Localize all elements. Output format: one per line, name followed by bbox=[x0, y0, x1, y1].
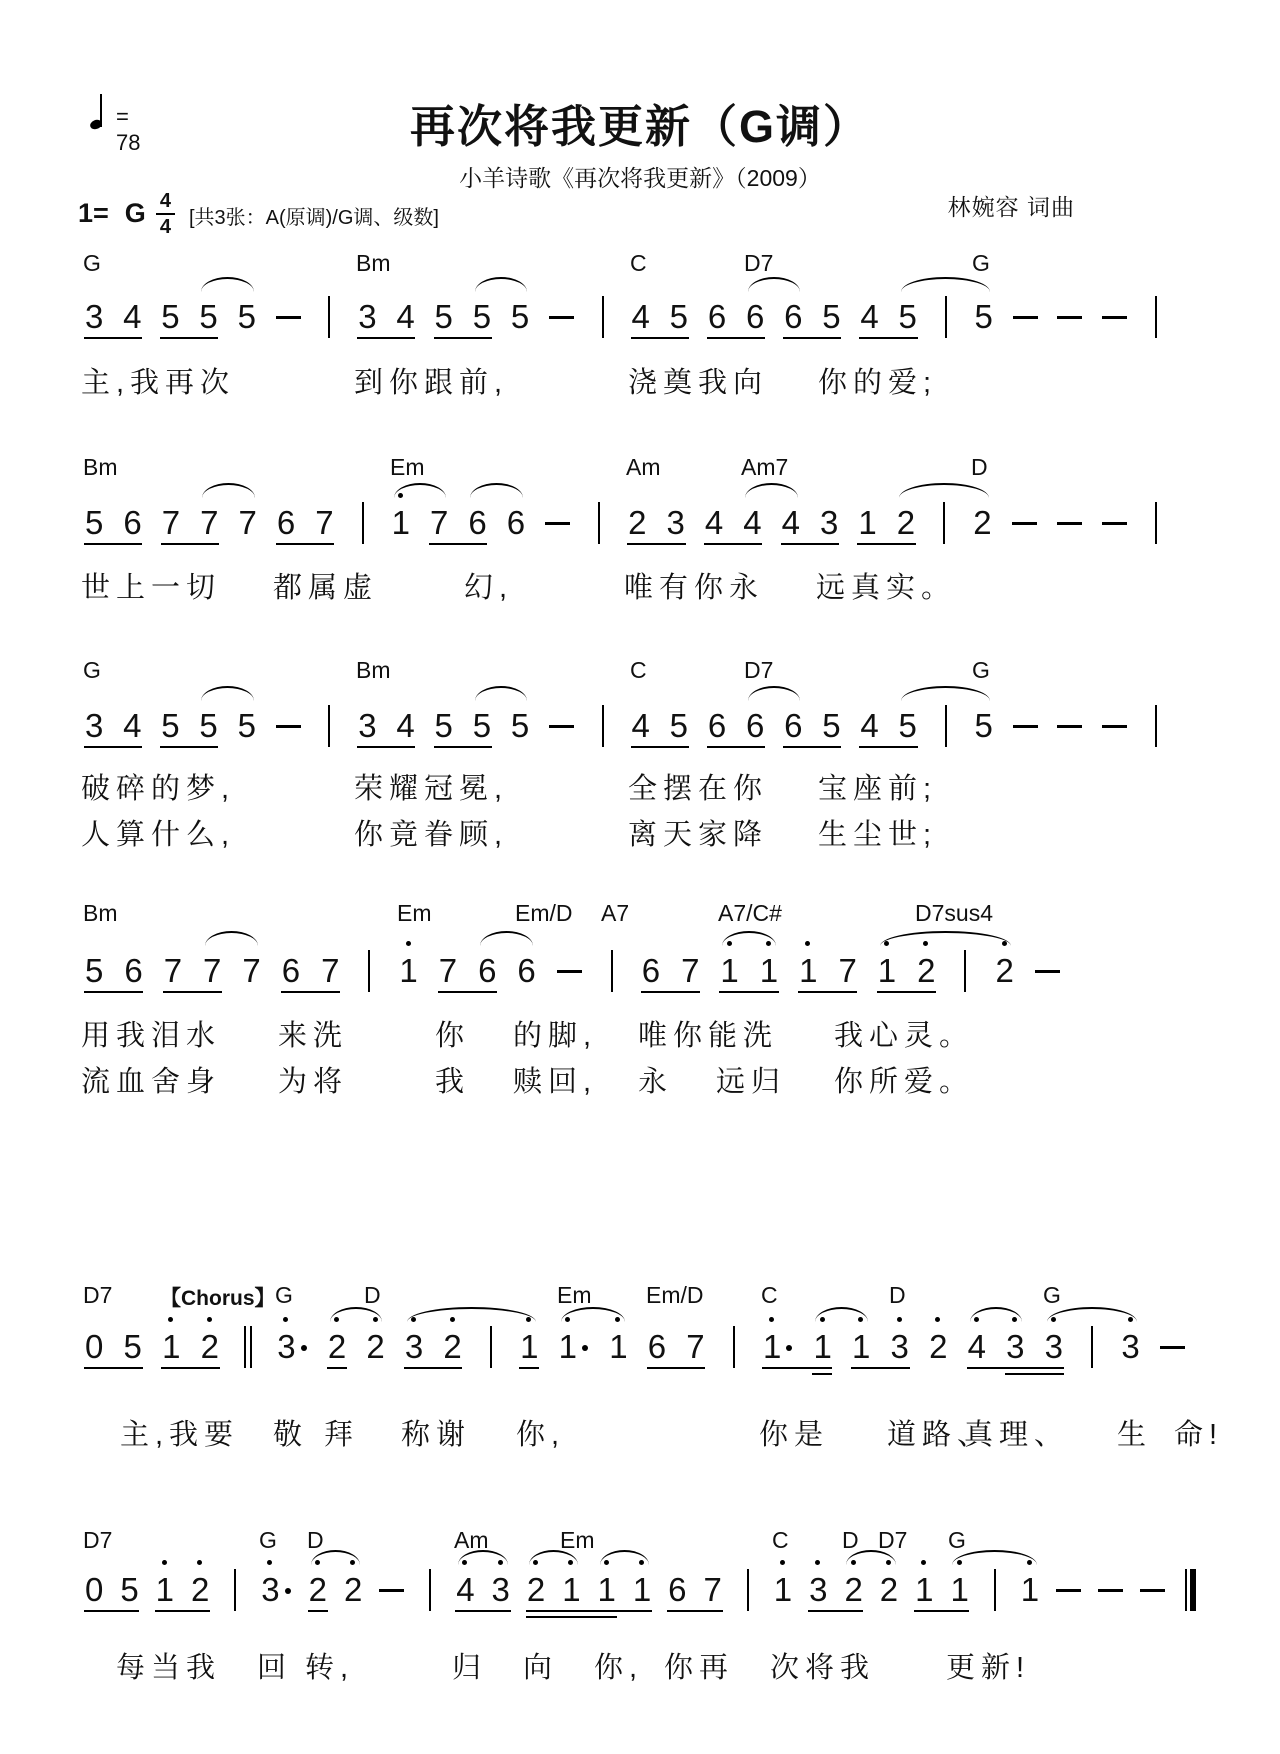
barline bbox=[594, 705, 612, 747]
note-digit: 2 bbox=[443, 1326, 461, 1368]
note-digit: 5 bbox=[238, 705, 256, 747]
note-token: 4 bbox=[456, 1569, 474, 1611]
note-token: 5 bbox=[124, 1326, 142, 1368]
slur-arc bbox=[600, 1550, 649, 1565]
note-digit: 5 bbox=[473, 705, 491, 747]
dash-note bbox=[1013, 705, 1038, 747]
note-digit: 6 bbox=[517, 950, 535, 992]
note-token: 2 bbox=[443, 1326, 461, 1368]
lyric-chunk: 拜 bbox=[324, 1412, 359, 1453]
note-token: 4 bbox=[860, 296, 878, 338]
slur-arc bbox=[394, 483, 446, 498]
dash-note bbox=[1057, 502, 1082, 544]
note-token: 7 bbox=[162, 502, 180, 544]
beam-line bbox=[84, 337, 142, 339]
dash-note bbox=[1098, 1569, 1123, 1611]
dash-line bbox=[549, 725, 574, 728]
beam-line bbox=[438, 991, 497, 993]
lyric-chunk: 幻, bbox=[464, 565, 513, 606]
beam-line bbox=[161, 1367, 220, 1369]
dash-line bbox=[1102, 725, 1127, 728]
lyric-chunk: 我心灵。 bbox=[834, 1013, 974, 1054]
chord-label: C bbox=[772, 1527, 789, 1554]
beam-line bbox=[707, 746, 765, 748]
slur-arc bbox=[475, 686, 527, 701]
slur-arc bbox=[407, 1307, 536, 1322]
note-token: 7 bbox=[430, 502, 448, 544]
note-token: 3 bbox=[1045, 1326, 1063, 1368]
chord-label: Am bbox=[626, 454, 661, 481]
lyric-chunk: 离天家降 bbox=[628, 812, 768, 853]
chord-label: G bbox=[275, 1282, 293, 1309]
dash-note bbox=[549, 705, 574, 747]
dash-note bbox=[549, 296, 574, 338]
beam-line bbox=[404, 1367, 462, 1369]
note-token: 4 bbox=[632, 296, 650, 338]
note-digit: 1 bbox=[162, 1326, 180, 1368]
beam-line bbox=[155, 1610, 210, 1612]
slur-arc bbox=[201, 686, 254, 701]
note-token: 4 bbox=[396, 296, 414, 338]
dash-line bbox=[276, 725, 301, 728]
beam-line bbox=[762, 1367, 832, 1369]
barline-mark bbox=[234, 1569, 236, 1611]
barline bbox=[226, 1569, 244, 1611]
slur-arc bbox=[815, 1307, 868, 1322]
dash-note bbox=[1057, 705, 1082, 747]
note-digit: 6 bbox=[478, 950, 496, 992]
note-digit: 6 bbox=[123, 502, 141, 544]
note-token: 6 bbox=[746, 296, 764, 338]
augmentation-dot bbox=[582, 1345, 588, 1351]
note-digit: 4 bbox=[860, 296, 878, 338]
note-digit: 4 bbox=[968, 1326, 986, 1368]
barline bbox=[354, 502, 372, 544]
beam-line bbox=[877, 991, 936, 993]
slur-arc bbox=[475, 277, 527, 292]
note-digit: 1 bbox=[559, 1326, 577, 1368]
note-digit: 6 bbox=[277, 502, 295, 544]
note-digit: 1 bbox=[774, 1569, 792, 1611]
slur-arc bbox=[330, 1307, 382, 1322]
note-token: 2 bbox=[628, 502, 646, 544]
dash-note bbox=[1160, 1326, 1185, 1368]
dash-note bbox=[1140, 1569, 1165, 1611]
note-token: 4 bbox=[860, 705, 878, 747]
slur-arc bbox=[899, 483, 989, 498]
chord-label: D7 bbox=[83, 1527, 112, 1554]
octave-dot bbox=[207, 1317, 212, 1322]
note-token: 4 bbox=[782, 502, 800, 544]
barline-mark bbox=[429, 1569, 431, 1611]
note-token: 4 bbox=[968, 1326, 986, 1368]
beam-line bbox=[519, 1367, 539, 1369]
beam-line bbox=[84, 1367, 143, 1369]
beam-line bbox=[434, 337, 492, 339]
note-token: 2 bbox=[917, 950, 935, 992]
beam-line bbox=[783, 746, 841, 748]
beam-line bbox=[781, 543, 839, 545]
note-token: 3 bbox=[85, 705, 103, 747]
beam-line bbox=[308, 1610, 328, 1612]
lyric-chunk: 到你跟前, bbox=[354, 360, 508, 401]
beam-line bbox=[281, 991, 340, 993]
chord-label: Em bbox=[560, 1527, 595, 1554]
note-digit: 1 bbox=[392, 502, 410, 544]
note-token: 7 bbox=[164, 950, 182, 992]
beam-line bbox=[357, 337, 415, 339]
note-token: 6 bbox=[277, 502, 295, 544]
note-token: 5 bbox=[511, 296, 529, 338]
note-digit: 4 bbox=[632, 705, 650, 747]
note-token: 2 bbox=[201, 1326, 219, 1368]
barline-mark bbox=[1185, 1569, 1187, 1611]
note-digit: 3 bbox=[85, 705, 103, 747]
beam-line bbox=[859, 746, 918, 748]
note-token: 7 bbox=[315, 502, 333, 544]
note-token: 2 bbox=[527, 1569, 545, 1611]
note-digit: 3 bbox=[492, 1569, 510, 1611]
note-digit: 6 bbox=[784, 296, 802, 338]
dash-line bbox=[1160, 1346, 1185, 1349]
beam-line bbox=[707, 337, 765, 339]
beam-line bbox=[163, 991, 222, 993]
note-digit: 7 bbox=[439, 950, 457, 992]
note-digit: 5 bbox=[670, 705, 688, 747]
chord-label: D7 bbox=[83, 1282, 112, 1309]
dash-line bbox=[549, 316, 574, 319]
note-digit: 1 bbox=[915, 1569, 933, 1611]
note-digit: 4 bbox=[743, 502, 761, 544]
chord-label: G bbox=[972, 250, 990, 277]
note-digit: 1 bbox=[520, 1326, 538, 1368]
note-digit: 1 bbox=[562, 1569, 580, 1611]
lyric-chunk: 敬 bbox=[273, 1412, 308, 1453]
note-digit: 5 bbox=[899, 296, 917, 338]
note-digit: 7 bbox=[239, 502, 257, 544]
beam-line bbox=[967, 1367, 1064, 1369]
barline-mark bbox=[1155, 705, 1157, 747]
note-digit: 7 bbox=[681, 950, 699, 992]
barline-mark bbox=[244, 1326, 246, 1368]
note-token: 5 bbox=[822, 705, 840, 747]
dash-note bbox=[1057, 296, 1082, 338]
notes-row: 0512322432111671322111 bbox=[85, 1569, 1200, 1611]
note-token: 5 bbox=[974, 705, 992, 747]
note-digit: 5 bbox=[974, 705, 992, 747]
note-token: 5 bbox=[199, 705, 217, 747]
beam-line bbox=[641, 991, 700, 993]
beam-line bbox=[84, 991, 143, 993]
lyric-chunk: 人算什么, bbox=[81, 812, 235, 853]
lyric-chunk: 真理、 bbox=[964, 1412, 1069, 1453]
note-token: 2 bbox=[995, 950, 1013, 992]
note-token: 5 bbox=[85, 950, 103, 992]
barline-mark bbox=[602, 705, 604, 747]
composer-credit: 林婉容 词曲 bbox=[948, 189, 1075, 222]
note-digit: 2 bbox=[880, 1569, 898, 1611]
note-token: 6 bbox=[648, 1326, 666, 1368]
chord-label: Bm bbox=[83, 454, 118, 481]
dash-line bbox=[1013, 316, 1038, 319]
chord-label: D7 bbox=[878, 1527, 907, 1554]
lyric-chunk: 每当我 bbox=[116, 1645, 221, 1686]
barline-mark bbox=[611, 950, 613, 992]
note-digit: 7 bbox=[321, 950, 339, 992]
beam-line-2 bbox=[812, 1373, 832, 1375]
barline-mark bbox=[733, 1326, 735, 1368]
note-digit: 6 bbox=[648, 1326, 666, 1368]
note-digit: 1 bbox=[799, 950, 817, 992]
note-token: 6 bbox=[507, 502, 525, 544]
note-token: 4 bbox=[705, 502, 723, 544]
note-token: 3 bbox=[277, 1326, 307, 1368]
beam-line bbox=[808, 1610, 863, 1612]
slur-arc bbox=[722, 931, 776, 946]
barline-mark bbox=[943, 502, 945, 544]
barline-mark bbox=[362, 502, 364, 544]
note-digit: 5 bbox=[199, 705, 217, 747]
slur-arc bbox=[1047, 1307, 1137, 1322]
note-token: 3 bbox=[820, 502, 838, 544]
dash-note bbox=[1012, 502, 1037, 544]
barline-mark bbox=[250, 1326, 252, 1368]
lyric-chunk: 破碎的梦, bbox=[81, 766, 235, 807]
slur-arc bbox=[201, 277, 254, 292]
chord-label: D bbox=[307, 1527, 324, 1554]
barline-mark bbox=[490, 1326, 492, 1368]
note-token: 4 bbox=[743, 502, 761, 544]
note-digit: 5 bbox=[124, 1326, 142, 1368]
barline bbox=[956, 950, 974, 992]
dash-note bbox=[1102, 502, 1127, 544]
dash-line bbox=[1057, 316, 1082, 319]
note-token: 1 bbox=[520, 1326, 538, 1368]
note-digit: 1 bbox=[760, 950, 778, 992]
dash-note bbox=[545, 502, 570, 544]
note-digit: 0 bbox=[85, 1569, 103, 1611]
note-digit: 3 bbox=[1121, 1326, 1139, 1368]
note-digit: 6 bbox=[708, 705, 726, 747]
note-digit: 5 bbox=[511, 296, 529, 338]
note-digit: 6 bbox=[746, 705, 764, 747]
slur-arc bbox=[745, 483, 798, 498]
note-token: 7 bbox=[681, 950, 699, 992]
lyric-chunk: 的脚, bbox=[513, 1013, 597, 1054]
dash-note bbox=[1035, 950, 1060, 992]
note-token: 1 bbox=[559, 1326, 589, 1368]
lyric-chunk: 为将 bbox=[278, 1059, 348, 1100]
beam-line bbox=[704, 543, 762, 545]
note-token: 2 bbox=[344, 1569, 362, 1611]
note-digit: 6 bbox=[746, 296, 764, 338]
barline-mark bbox=[1155, 502, 1157, 544]
note-digit: 5 bbox=[85, 502, 103, 544]
note-digit: 3 bbox=[809, 1569, 827, 1611]
lyric-chunk: 生 bbox=[1117, 1412, 1152, 1453]
chord-label: Am7 bbox=[741, 454, 788, 481]
dash-note bbox=[276, 296, 301, 338]
lyric-chunk: 归 bbox=[452, 1645, 487, 1686]
note-digit: 2 bbox=[995, 950, 1013, 992]
note-digit: 1 bbox=[156, 1569, 174, 1611]
double-barline bbox=[239, 1326, 257, 1368]
lyric-chunk: 赎回, bbox=[513, 1059, 597, 1100]
note-token: 6 bbox=[746, 705, 764, 747]
chord-label: G bbox=[948, 1527, 966, 1554]
barline bbox=[590, 502, 608, 544]
barline bbox=[594, 296, 612, 338]
note-token: 3 bbox=[85, 296, 103, 338]
chord-label: D7 bbox=[744, 250, 773, 277]
note-token: 5 bbox=[670, 705, 688, 747]
note-digit: 1 bbox=[813, 1326, 831, 1368]
chord-label: Bm bbox=[83, 900, 118, 927]
beam-line-2 bbox=[526, 1616, 617, 1618]
song-subtitle: 小羊诗歌《再次将我更新》（2009） bbox=[0, 160, 1280, 193]
beam-line bbox=[276, 543, 334, 545]
note-token: 7 bbox=[439, 950, 457, 992]
chord-label: D bbox=[889, 1282, 906, 1309]
note-token: 2 bbox=[328, 1326, 346, 1368]
lyric-chunk: 你 bbox=[435, 1013, 470, 1054]
note-token: 6 bbox=[282, 950, 300, 992]
note-digit: 0 bbox=[85, 1326, 103, 1368]
note-digit: 2 bbox=[844, 1569, 862, 1611]
octave-dot bbox=[168, 1317, 173, 1322]
note-digit: 4 bbox=[456, 1569, 474, 1611]
note-token: 7 bbox=[239, 502, 257, 544]
note-token: 1 bbox=[633, 1569, 651, 1611]
key-letter: G bbox=[125, 198, 146, 229]
song-title: 再次将我更新（G调） bbox=[0, 90, 1280, 155]
note-digit: 4 bbox=[782, 502, 800, 544]
lyric-chunk: 次 bbox=[770, 1645, 805, 1686]
dash-line bbox=[379, 1589, 404, 1592]
note-token: 1 bbox=[813, 1326, 831, 1368]
octave-dot bbox=[897, 1317, 902, 1322]
chord-label: G bbox=[1043, 1282, 1061, 1309]
key-prefix: 1= bbox=[78, 198, 109, 229]
note-token: 1 bbox=[162, 1326, 180, 1368]
slur-arc bbox=[901, 277, 990, 292]
note-token: 1 bbox=[763, 1326, 793, 1368]
dash-line bbox=[1057, 522, 1082, 525]
barline-thick-mark bbox=[1190, 1569, 1196, 1611]
lyric-chunk: 你的爱; bbox=[818, 360, 937, 401]
chord-label: A7 bbox=[601, 900, 629, 927]
note-digit: 1 bbox=[720, 950, 738, 992]
dash-line bbox=[1012, 522, 1037, 525]
note-token: 3 bbox=[358, 705, 376, 747]
barline-mark bbox=[945, 296, 947, 338]
octave-dot bbox=[162, 1560, 167, 1565]
note-digit: 2 bbox=[309, 1569, 327, 1611]
note-token: 5 bbox=[238, 705, 256, 747]
note-digit: 5 bbox=[899, 705, 917, 747]
note-token: 5 bbox=[822, 296, 840, 338]
barline bbox=[725, 1326, 743, 1368]
lyric-chunk: 来洗 bbox=[278, 1013, 348, 1054]
lyric-chunk: 你, bbox=[594, 1645, 643, 1686]
note-digit: 7 bbox=[200, 502, 218, 544]
dash-note bbox=[557, 950, 582, 992]
lyric-chunk: 向 bbox=[523, 1645, 558, 1686]
barline bbox=[603, 950, 621, 992]
barline bbox=[937, 705, 955, 747]
chord-label: Em/D bbox=[646, 1282, 704, 1309]
dash-note bbox=[1102, 705, 1127, 747]
note-token: 6 bbox=[124, 950, 142, 992]
slur-arc bbox=[748, 686, 800, 701]
octave-dot bbox=[780, 1560, 785, 1565]
barline bbox=[937, 296, 955, 338]
note-token: 5 bbox=[473, 705, 491, 747]
note-token: 7 bbox=[203, 950, 221, 992]
slur-arc bbox=[480, 931, 533, 946]
beam-line bbox=[914, 1610, 969, 1612]
barline bbox=[482, 1326, 500, 1368]
note-token: 5 bbox=[238, 296, 256, 338]
note-digit: 1 bbox=[399, 950, 417, 992]
dash-line bbox=[1140, 1589, 1165, 1592]
key-annotation: [共3张：A(原调)/G调、级数] bbox=[189, 201, 439, 230]
beam-line bbox=[160, 337, 218, 339]
note-token: 4 bbox=[123, 705, 141, 747]
note-digit: 5 bbox=[670, 296, 688, 338]
note-digit: 2 bbox=[897, 502, 915, 544]
chord-label: Bm bbox=[356, 657, 391, 684]
lyric-chunk: 称谢 bbox=[401, 1412, 471, 1453]
notes-row: 56777671766671117122 bbox=[85, 950, 1060, 992]
note-digit: 1 bbox=[1021, 1569, 1039, 1611]
slur-arc bbox=[205, 931, 258, 946]
note-digit: 2 bbox=[973, 502, 991, 544]
notes-row: 56777671766234443122 bbox=[85, 502, 1165, 544]
note-token: 2 bbox=[844, 1569, 862, 1611]
note-token: 5 bbox=[511, 705, 529, 747]
note-token: 5 bbox=[199, 296, 217, 338]
note-digit: 4 bbox=[396, 705, 414, 747]
note-digit: 1 bbox=[950, 1569, 968, 1611]
note-token: 2 bbox=[897, 502, 915, 544]
note-token: 3 bbox=[1006, 1326, 1024, 1368]
lyric-chunk: 将我 bbox=[805, 1645, 875, 1686]
note-token: 3 bbox=[405, 1326, 423, 1368]
note-digit: 5 bbox=[435, 705, 453, 747]
note-digit: 2 bbox=[201, 1326, 219, 1368]
note-token: 1 bbox=[858, 502, 876, 544]
augmentation-dot bbox=[285, 1588, 291, 1594]
barline-mark bbox=[328, 705, 330, 747]
note-token: 3 bbox=[261, 1569, 291, 1611]
note-token: 6 bbox=[708, 705, 726, 747]
note-digit: 2 bbox=[917, 950, 935, 992]
beam-line bbox=[859, 337, 918, 339]
note-token: 6 bbox=[784, 705, 802, 747]
beam-line bbox=[84, 1610, 139, 1612]
lyric-chunk: 浇奠我向 bbox=[628, 360, 768, 401]
chorus-label: 【Chorus】 bbox=[160, 1282, 276, 1312]
dash-line bbox=[276, 316, 301, 319]
lyric-chunk: 回 bbox=[257, 1645, 292, 1686]
note-token: 5 bbox=[85, 502, 103, 544]
chord-label: Em bbox=[390, 454, 425, 481]
note-token: 5 bbox=[974, 296, 992, 338]
note-digit: 3 bbox=[891, 1326, 909, 1368]
note-token: 6 bbox=[123, 502, 141, 544]
octave-dot bbox=[769, 1317, 774, 1322]
